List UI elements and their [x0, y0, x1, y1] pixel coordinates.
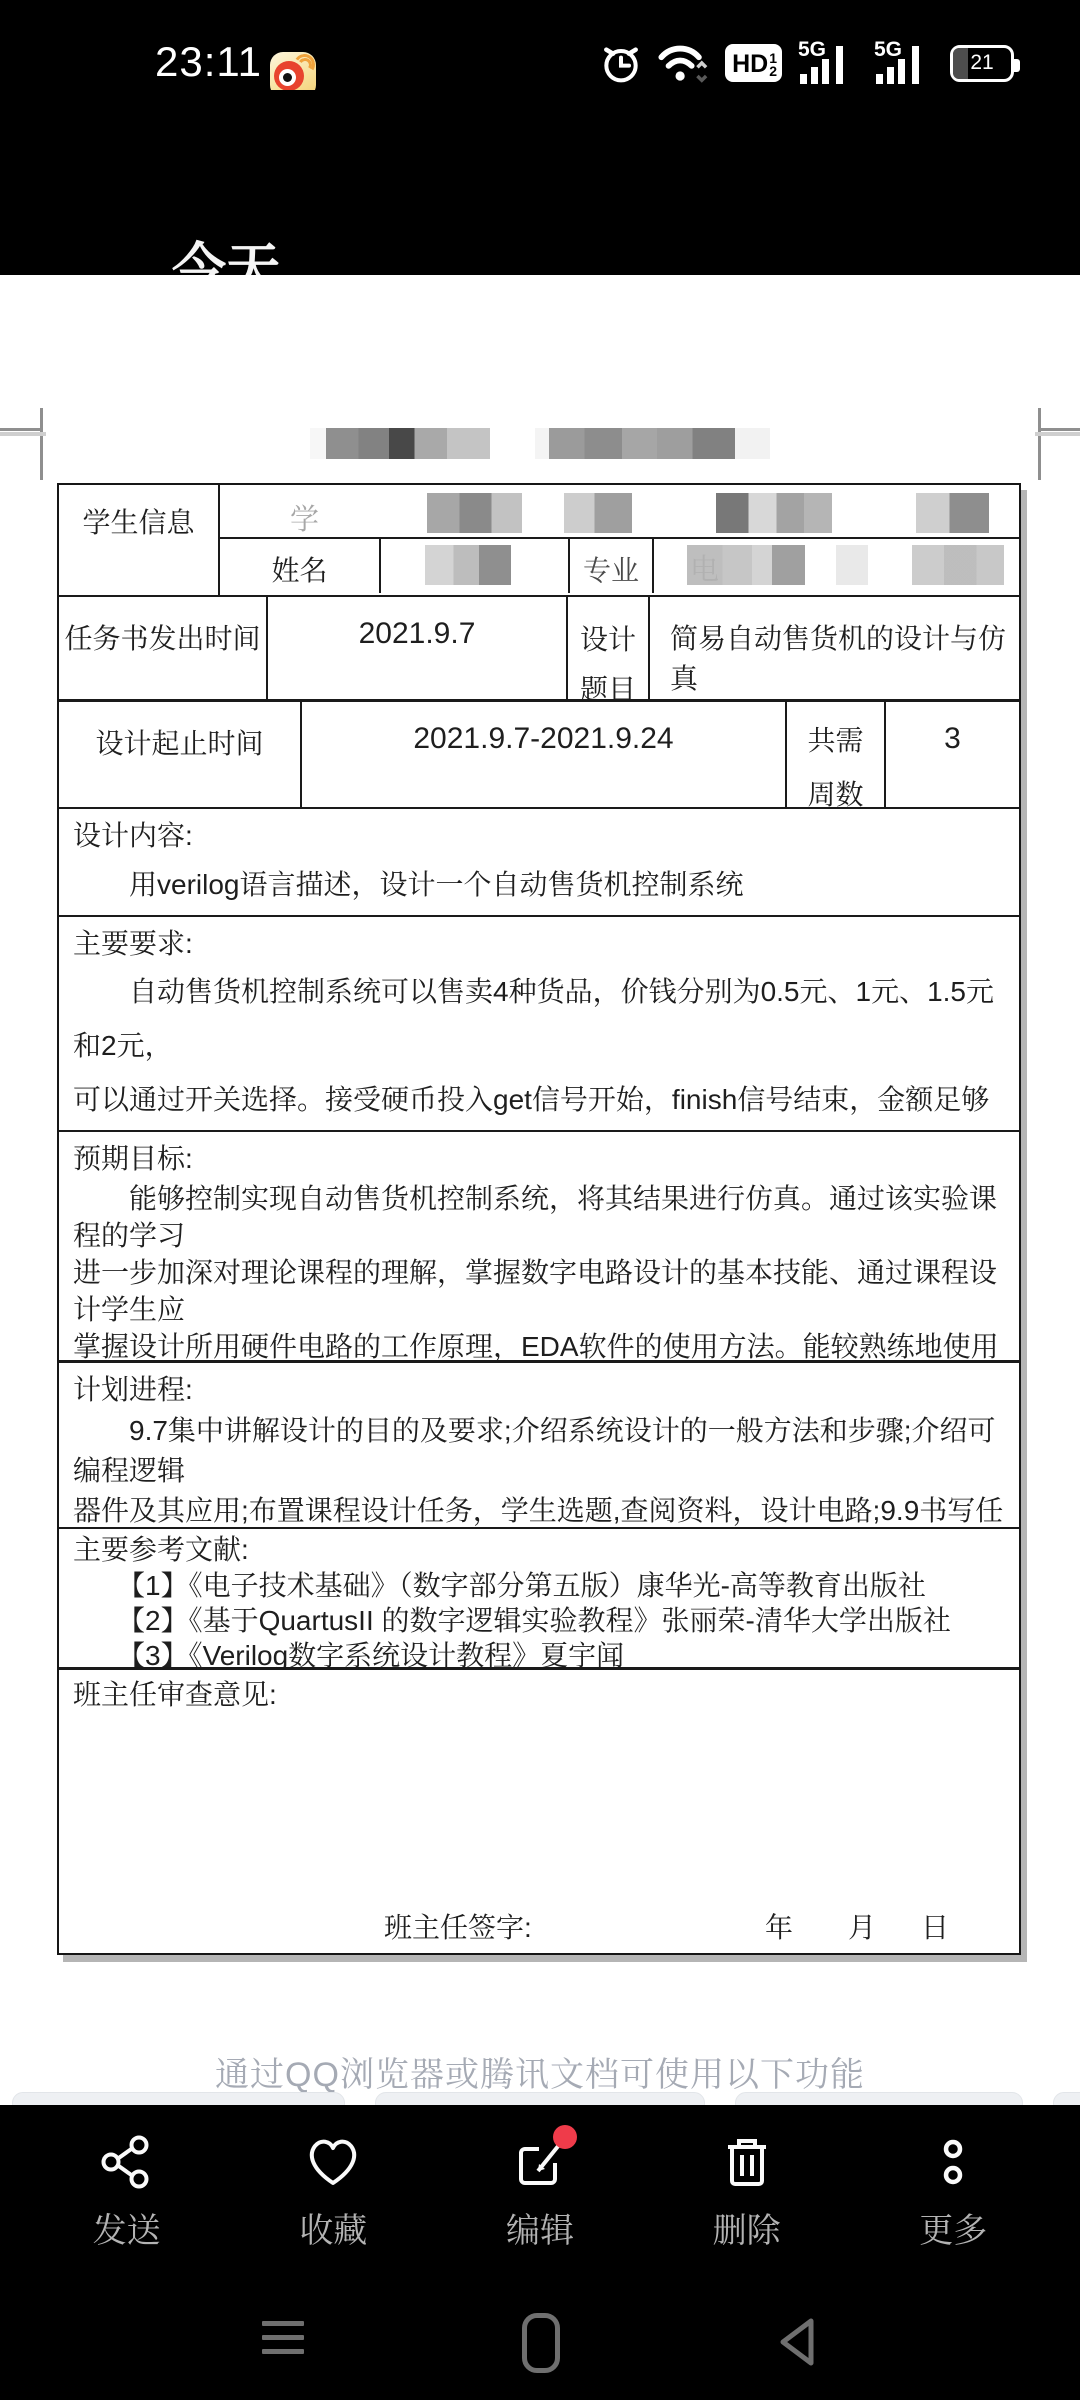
status-time: 23:11: [155, 38, 262, 86]
edit-button[interactable]: 编辑: [460, 2133, 620, 2252]
scan-artifact: [1038, 428, 1080, 431]
send-label: 发送: [93, 2203, 161, 2252]
header: 今天 21:41: [0, 90, 1080, 275]
trash-icon: [718, 2133, 776, 2191]
reference-item: 【1】《电子技术基础》（数字部分第五版）康华光-高等教育出版社: [73, 1568, 1005, 1603]
section-body: 用verilog语言描述，设计一个自动售货机控制系统: [73, 857, 1005, 913]
more-icon: [924, 2133, 982, 2191]
home-icon[interactable]: [522, 2313, 560, 2373]
delete-label: 删除: [713, 2203, 781, 2252]
hd-voice-badge: HD 12: [725, 44, 782, 82]
document-image[interactable]: 学生信息 学 姓名 专业: [0, 275, 1080, 2105]
section-title: 预期目标:: [73, 1138, 1005, 1180]
student-info-row: 学生信息 学 姓名 专业: [59, 485, 1019, 595]
favorite-label: 收藏: [299, 2203, 367, 2252]
heart-icon: [304, 2133, 362, 2191]
share-icon: [98, 2133, 156, 2191]
student-id-row: 学: [220, 485, 1019, 539]
peek-chip: [12, 2092, 345, 2105]
section-design-content: 设计内容: 用verilog语言描述，设计一个自动售货机控制系统: [59, 807, 1019, 915]
section-references: 主要参考文献: 【1】《电子技术基础》（数字部分第五版）康华光-高等教育出版社 …: [59, 1527, 1019, 1667]
scan-artifact: [1038, 408, 1041, 480]
battery-icon: 21: [950, 45, 1014, 82]
back-triangle-icon[interactable]: [775, 2315, 819, 2369]
section-body: 9.7集中讲解设计的目的及要求;介绍系统设计的一般方法和步骤;介绍可编程逻辑 器…: [73, 1411, 1005, 1527]
section-body: 能够控制实现自动售货机控制系统，将其结果进行仿真。通过该实验课程的学习 进一步加…: [73, 1180, 1005, 1360]
qq-browser-hint: 通过QQ浏览器或腾讯文档可使用以下功能: [0, 2047, 1080, 2096]
system-navbar: [0, 2285, 1080, 2400]
status-bar: 23:11 HD 12 5G: [0, 0, 1080, 90]
signature-label: 班主任签字:: [384, 1906, 532, 1946]
notification-badge: [553, 2125, 577, 2149]
peek-chip: [375, 2092, 705, 2105]
weeks-value: 3: [884, 702, 1019, 807]
section-goals: 预期目标: 能够控制实现自动售货机控制系统，将其结果进行仿真。通过该实验课程的学…: [59, 1130, 1019, 1360]
section-title: 主要要求:: [73, 923, 1005, 965]
more-label: 更多: [919, 2203, 987, 2252]
redacted-title-block: [310, 428, 490, 459]
alarm-icon: [601, 41, 641, 85]
redacted-block: [564, 493, 632, 533]
major-value-redacted: 电: [652, 539, 1019, 593]
student-info-label: 学生信息: [59, 485, 220, 595]
edit-label: 编辑: [506, 2203, 574, 2252]
day-label: 日: [921, 1906, 949, 1946]
section-review: 班主任审查意见: 班主任签字: 年 月 日: [59, 1667, 1019, 1953]
peek-chip: [1053, 2092, 1080, 2105]
phone-screen: 23:11 HD 12 5G: [0, 0, 1080, 2400]
redacted-block: [716, 493, 832, 533]
redacted-block: [427, 493, 522, 533]
task-sheet-table: 学生信息 学 姓名 专业: [57, 483, 1021, 1955]
favorite-button[interactable]: 收藏: [253, 2133, 413, 2252]
scan-artifact: [0, 428, 43, 431]
topic-value: 简易自动售货机的设计与仿真: [648, 597, 1019, 699]
more-button[interactable]: 更多: [873, 2133, 1033, 2252]
redacted-title-block: [535, 428, 770, 459]
duration-row: 设计起止时间 2021.9.7-2021.9.24 共需 周数 3: [59, 699, 1019, 807]
name-major-row: 姓名 专业 电: [220, 539, 1019, 593]
signal-sim1-icon: 5G: [798, 40, 858, 86]
peek-chip: [735, 2092, 1023, 2105]
redacted-block: [916, 493, 989, 533]
issue-row: 任务书发出时间 2021.9.7 设计 题目 简易自动售货机的设计与仿真: [59, 595, 1019, 699]
major-label: 专业: [568, 539, 652, 593]
delete-button[interactable]: 删除: [667, 2133, 827, 2252]
review-title: 班主任审查意见:: [73, 1674, 1005, 1716]
month-label: 月: [848, 1906, 876, 1946]
section-title: 设计内容:: [73, 815, 1005, 857]
name-label: 姓名: [220, 539, 379, 593]
topic-label: 设计 题目: [566, 597, 648, 699]
section-title: 计划进程:: [73, 1369, 1005, 1411]
weeks-label: 共需 周数: [785, 702, 884, 807]
issue-value: 2021.9.7: [266, 597, 566, 699]
send-button[interactable]: 发送: [47, 2133, 207, 2252]
duration-label: 设计起止时间: [59, 702, 300, 807]
reference-item: 【3】《Verilog数字系统设计教程》夏宇闻: [73, 1638, 1005, 1667]
battery-percent: 21: [970, 51, 993, 75]
section-body: 自动售货机控制系统可以售卖4种货品，价钱分别为0.5元、1元、1.5元和2元， …: [73, 965, 1005, 1130]
issue-label: 任务书发出时间: [59, 597, 266, 699]
scan-artifact: [1035, 432, 1080, 436]
scan-artifact: [0, 432, 46, 436]
wifi-icon: [657, 41, 709, 85]
references-title: 主要参考文献:: [73, 1532, 1005, 1568]
name-value-redacted: [379, 539, 568, 593]
section-schedule: 计划进程: 9.7集中讲解设计的目的及要求;介绍系统设计的一般方法和步骤;介绍可…: [59, 1360, 1019, 1527]
scan-artifact: [40, 408, 43, 480]
action-toolbar: 发送 收藏 编辑: [0, 2105, 1080, 2285]
duration-value: 2021.9.7-2021.9.24: [300, 702, 785, 807]
signal-sim2-icon: 5G: [874, 40, 934, 86]
section-requirements: 主要要求: 自动售货机控制系统可以售卖4种货品，价钱分别为0.5元、1元、1.5…: [59, 915, 1019, 1130]
year-label: 年: [765, 1906, 793, 1946]
menu-icon[interactable]: [262, 2321, 304, 2365]
reference-item: 【2】《基于QuartusII 的数字逻辑实验教程》张丽荣-清华大学出版社: [73, 1603, 1005, 1638]
